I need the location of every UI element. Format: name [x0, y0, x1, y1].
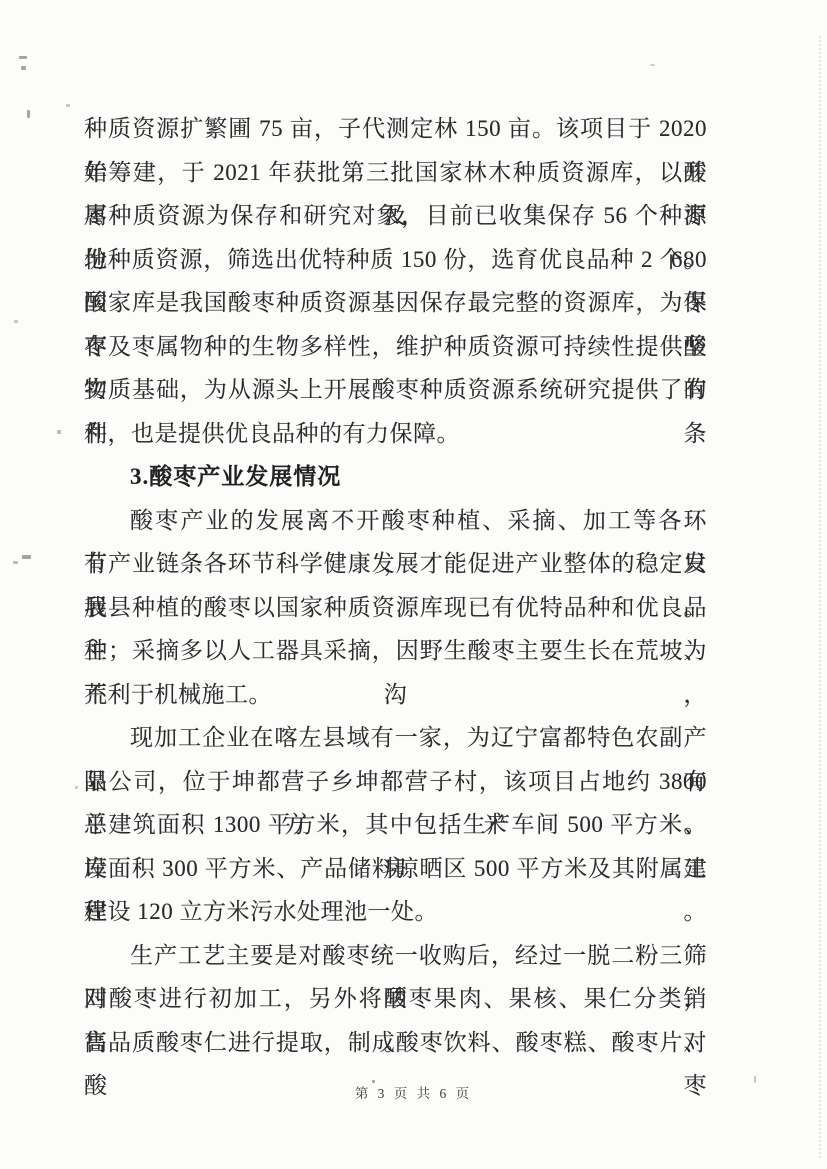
body-line: 总建筑面积 1300 平方米，其中包括生产车间 500 平方米、库房建 [84, 803, 707, 847]
scan-speck [66, 104, 70, 107]
scan-speck [21, 66, 26, 70]
scan-speck [22, 555, 31, 559]
body-line: 有产业链条各环节科学健康发展才能促进产业整体的稳定发展。 [84, 542, 707, 586]
body-line: 我县种植的酸枣以国家种质资源库现已有优特品种和优良品种为 [84, 586, 707, 630]
body-line: 份种质资源，筛选出优特种质 150 份，选育优良品种 2 个。酸枣 [84, 238, 707, 282]
scan-speck [75, 786, 78, 789]
scan-speck [57, 430, 61, 434]
scan-speck [14, 320, 18, 323]
body-line: 对酸枣进行初加工，另外将酸枣果肉、果核、果仁分类销售。对 [84, 977, 707, 1021]
section-heading: 3.酸枣产业发展情况 [84, 455, 707, 499]
body-line: 主；采摘多以人工器具采摘，因野生酸枣主要生长在荒坡、荒沟， [84, 629, 707, 673]
body-line: 国家库是我国酸枣种质资源基因保存最完整的资源库，为保存酸 [84, 281, 707, 325]
page-number-footer: 第 3 页 共 6 页 [0, 1082, 827, 1102]
scan-speck [372, 1080, 375, 1083]
body-line: 设面积 300 平方米、产品储料晾晒区 500 平方米及其附属工程。 [84, 847, 707, 891]
body-line: 属种质资源为保存和研究对象，目前已收集保存 56 个种源地 680 [84, 194, 707, 238]
document-body: 种质资源扩繁圃 75 亩，子代测定林 150 亩。该项目于 2020 年开 始筹… [84, 107, 707, 1064]
scan-speck [754, 1076, 756, 1083]
body-line: 种质资源扩繁圃 75 亩，子代测定林 150 亩。该项目于 2020 年开 [84, 107, 707, 151]
scan-speck [19, 56, 27, 59]
scan-edge-artifact [819, 36, 821, 1158]
body-line: 现加工企业在喀左县域有一家，为辽宁富都特色农副产品有 [84, 716, 707, 760]
body-line: 高品质酸枣仁进行提取，制成酸枣饮料、酸枣糕、酸枣片、酸枣 [84, 1021, 707, 1065]
body-line: 物质基础，为从源头上开展酸枣种质资源系统研究提供了有利条 [84, 368, 707, 412]
body-line: 生产工艺主要是对酸枣统一收购后，经过一脱二粉三筛四晒， [84, 934, 707, 978]
scanned-document-page: 种质资源扩繁圃 75 亩，子代测定林 150 亩。该项目于 2020 年开 始筹… [0, 0, 827, 1169]
body-line: 限公司，位于坤都营子乡坤都营子村，该项目占地约 3800 平方米。 [84, 760, 707, 804]
scan-speck [13, 561, 18, 564]
scan-speck [27, 110, 30, 118]
body-line: 始筹建，于 2021 年获批第三批国家林木种质资源库，以酸枣及枣 [84, 151, 707, 195]
scan-speck [650, 64, 655, 66]
body-line: 枣及枣属物种的生物多样性，维护种质资源可持续性提供坚实的 [84, 325, 707, 369]
body-line: 酸枣产业的发展离不开酸枣种植、采摘、加工等各环节，只 [84, 499, 707, 543]
